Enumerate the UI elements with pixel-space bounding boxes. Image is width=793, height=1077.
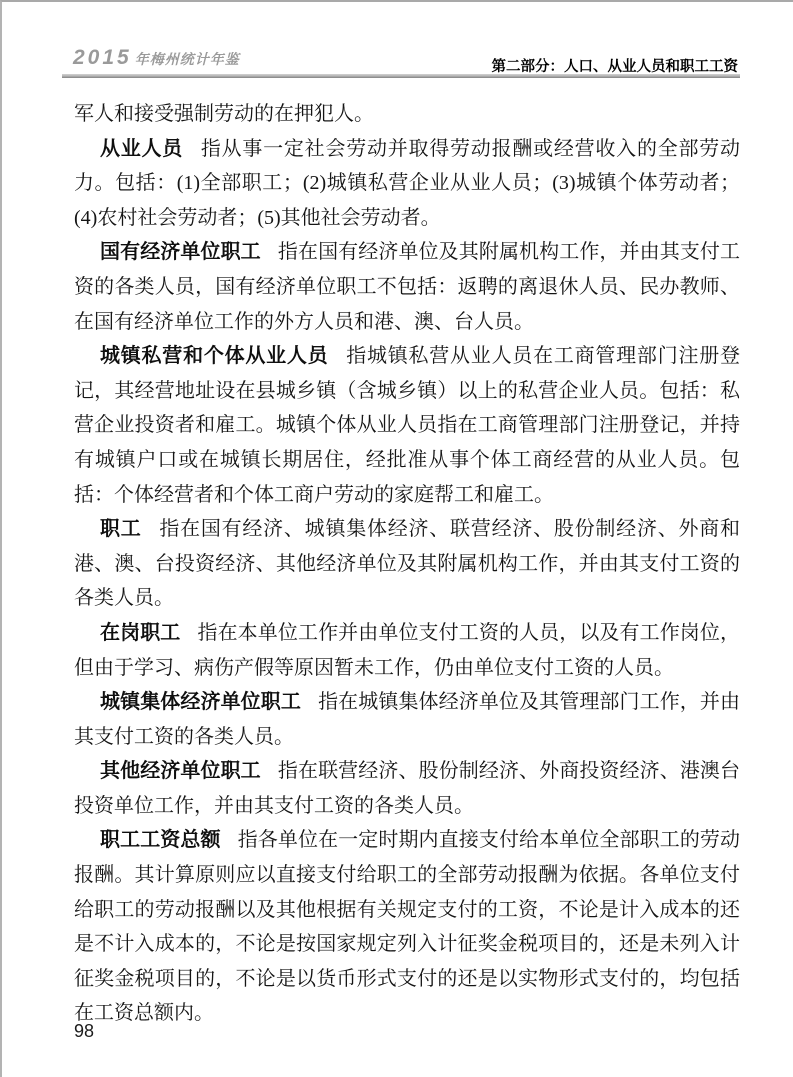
yearbook-page: 2015年梅州统计年鉴 第二部分：人口、从业人员和职工工资 军人和接受强制劳动的…: [0, 0, 793, 1077]
term-definition: 指城镇私营从业人员在工商管理部门注册登记，其经营地址设在县城乡镇（含城乡镇）以上…: [74, 345, 740, 505]
term-label: 职工工资总额: [100, 829, 221, 851]
term-label: 职工: [100, 518, 142, 540]
term-definition: 指各单位在一定时期内直接支付给本单位全部职工的劳动报酬。其计算原则应以直接支付给…: [74, 829, 740, 1024]
logo-book-title: 年梅州统计年鉴: [135, 51, 240, 67]
header-divider: [62, 74, 740, 78]
term-label: 城镇私营和个体从业人员: [100, 345, 328, 367]
definition-entry: 其他经济单位职工指在联营经济、股份制经济、外商投资经济、港澳台投资单位工作，并由…: [74, 754, 740, 823]
yearbook-logo: 2015年梅州统计年鉴: [73, 46, 240, 70]
definition-entry: 在岗职工指在本单位工作并由单位支付工资的人员，以及有工作岗位，但由于学习、病伤产…: [74, 616, 740, 685]
term-label: 国有经济单位职工: [100, 241, 261, 263]
definition-entry: 城镇集体经济单位职工指在城镇集体经济单位及其管理部门工作，并由其支付工资的各类人…: [74, 685, 740, 754]
definition-entry: 职工工资总额指各单位在一定时期内直接支付给本单位全部职工的劳动报酬。其计算原则应…: [74, 823, 740, 1031]
logo-year: 2015: [73, 46, 132, 69]
definition-entry: 职工指在国有经济、城镇集体经济、联营经济、股份制经济、外商和港、澳、台投资经济、…: [74, 512, 740, 616]
term-label: 在岗职工: [100, 622, 180, 644]
page-number: 98: [74, 1021, 94, 1042]
term-definition: 指在国有经济、城镇集体经济、联营经济、股份制经济、外商和港、澳、台投资经济、其他…: [74, 518, 740, 609]
term-label: 从业人员: [100, 138, 183, 160]
definition-entry: 国有经济单位职工指在国有经济单位及其附属机构工作，并由其支付工资的各类人员，国有…: [74, 235, 740, 339]
definition-entry: 从业人员指从事一定社会劳动并取得劳动报酬或经营收入的全部劳动力。包括：(1)全部…: [74, 132, 740, 236]
term-label: 其他经济单位职工: [100, 760, 261, 782]
paragraph-continuation: 军人和接受强制劳动的在押犯人。: [74, 97, 740, 132]
definitions-content: 军人和接受强制劳动的在押犯人。 从业人员指从事一定社会劳动并取得劳动报酬或经营收…: [74, 97, 740, 1031]
section-title: 第二部分：人口、从业人员和职工工资: [492, 55, 739, 76]
definition-entry: 城镇私营和个体从业人员指城镇私营从业人员在工商管理部门注册登记，其经营地址设在县…: [74, 339, 740, 512]
term-label: 城镇集体经济单位职工: [100, 691, 301, 713]
